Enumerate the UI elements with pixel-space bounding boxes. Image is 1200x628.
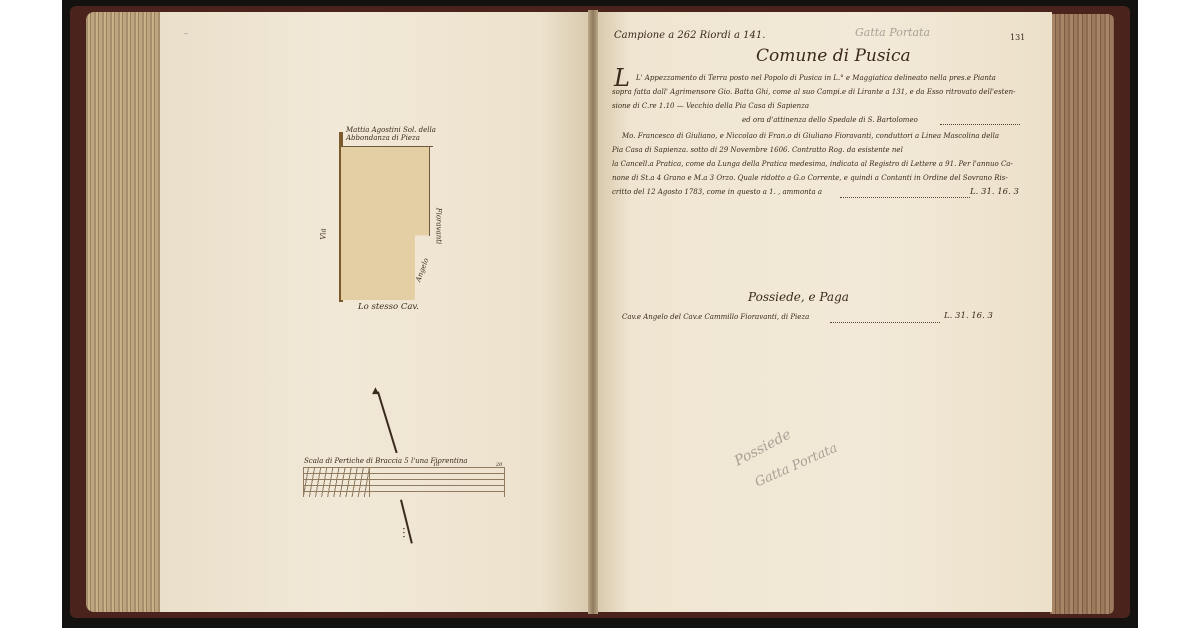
header-pencil-note: Gatta Portata (855, 26, 930, 39)
plot-west-label: Via (320, 228, 328, 239)
amount-1: L. 31. 16. 3 (970, 187, 1019, 197)
plot-east-edge (429, 146, 430, 236)
plot-east-label-upper: Fioravanti (434, 208, 442, 245)
dotted-leader (840, 197, 970, 198)
plot-north-label: Mattia Agostini Sol. della Abbondanza di… (346, 126, 436, 142)
page-edges-left (86, 12, 164, 612)
paragraph2-line1: Mo. Francesco di Giuliano, e Niccolao di… (622, 132, 999, 140)
paragraph2-line3: la Cancell.a Pratica, come da Lunga dell… (612, 160, 1013, 168)
left-page (160, 12, 592, 612)
plot-south-label: Lo stesso Cav. (358, 302, 419, 312)
arrow-head-icon: ▲ (372, 386, 379, 396)
paragraph2-line2: Pia Casa di Sapienza. sotto di 29 Novemb… (612, 146, 903, 154)
paragraph2-line5: critto del 12 Agosto 1783, come in quest… (612, 188, 822, 196)
book-gutter (588, 10, 598, 614)
header-reference: Campione a 262 Riordi a 141. (614, 30, 765, 41)
dotted-leader (940, 124, 1020, 125)
plot-top-edge (341, 146, 433, 147)
amount-2: L. 31. 16. 3 (944, 311, 993, 321)
page-edges-right (1050, 14, 1114, 614)
section2-title: Possiede, e Paga (748, 290, 849, 304)
corner-mark: ~ (183, 30, 189, 38)
measurement-scale-hatching (303, 467, 370, 497)
paragraph1-line3: sione di C.re 1.10 — Vecchio della Pia C… (612, 102, 809, 110)
paragraph2-line4: none di St.a 4 Grano e M.a 3 Orzo. Quale… (612, 174, 1008, 182)
paragraph1-line1: L' Appezzamento di Terra posto nel Popol… (636, 74, 996, 82)
dotted-leader (830, 322, 940, 323)
scale-caption: Scala di Pertiche di Braccia 5 l'una Fio… (304, 457, 468, 465)
page-title: Comune di Pusica (756, 46, 911, 66)
arrow-feather-icon: ⫶ (402, 526, 406, 542)
paragraph1-line4: ed ora d'attinenza dello Spedale di S. B… (742, 116, 918, 124)
page-number: 131 (1010, 33, 1025, 42)
paragraph1-line2: sopra fatta dall' Agrimensore Gio. Batta… (612, 88, 1016, 96)
section2-line: Cav.e Angelo del Cav.e Cammillo Fioravan… (622, 313, 809, 321)
